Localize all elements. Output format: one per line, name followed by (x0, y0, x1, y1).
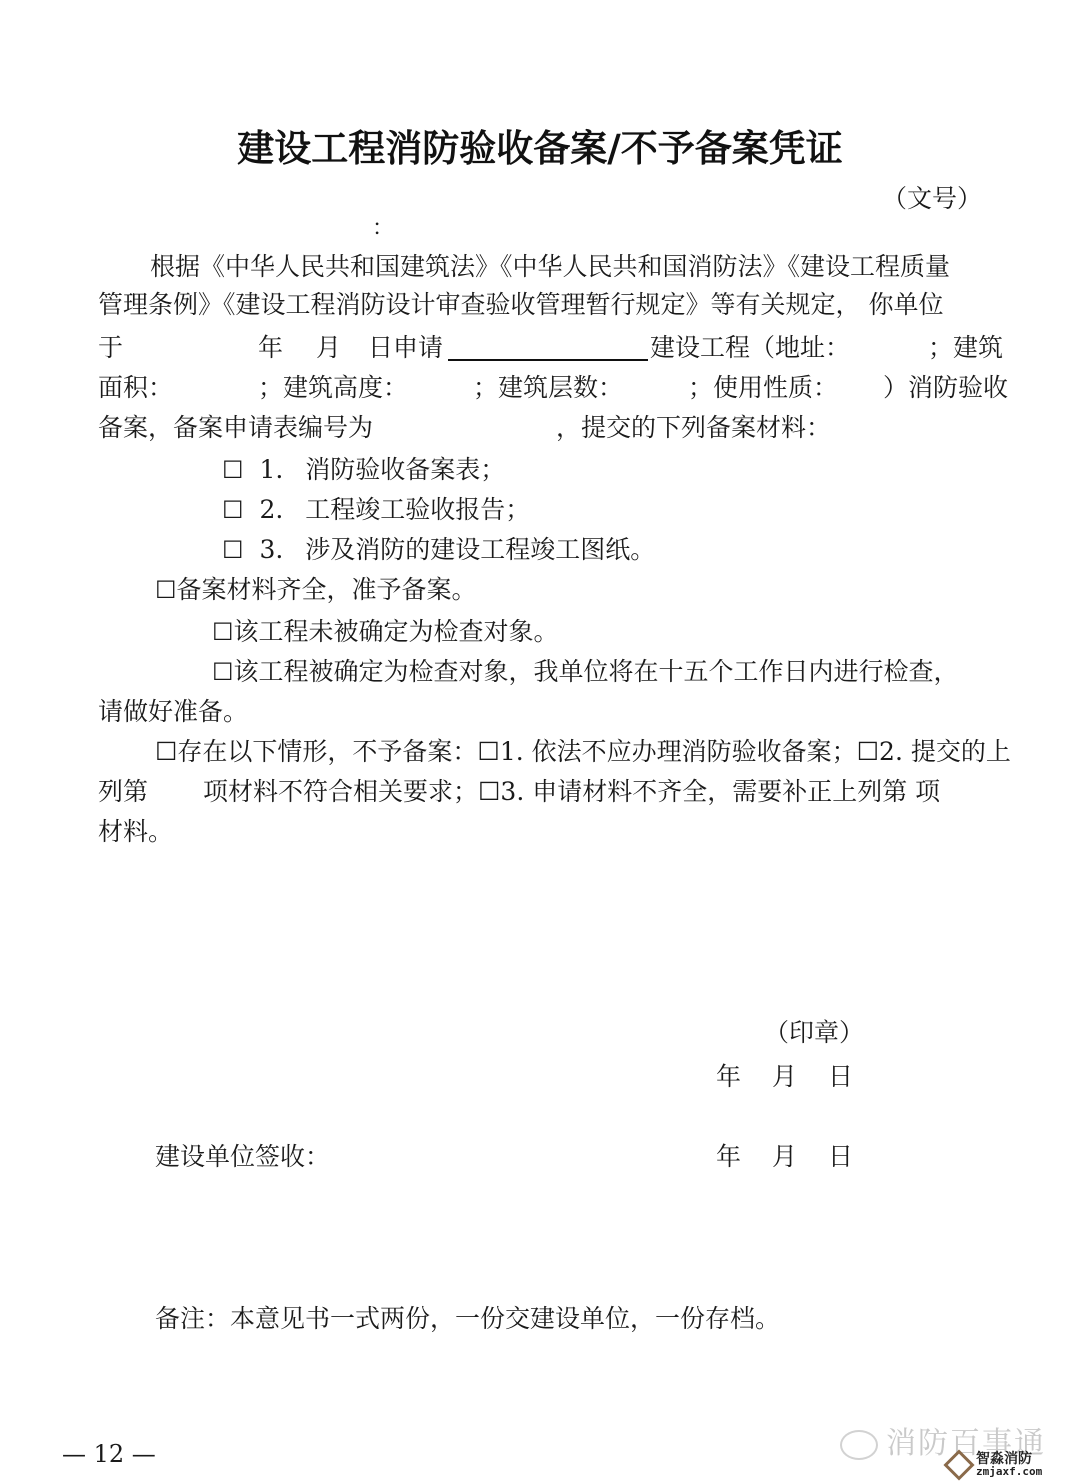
inspection-label: 该工程被确定为检查对象，我单位将在十五个工作日内进行检查， (234, 657, 959, 686)
page-number: — 12 — (62, 1440, 156, 1468)
approve-option: ☐备案材料齐全，准予备案。 (155, 575, 477, 605)
seal-year: 年 (716, 1062, 741, 1092)
checkbox-icon[interactable]: ☐ (222, 536, 244, 564)
material-number: 2. (259, 495, 283, 524)
logo-diamond-icon (943, 1449, 974, 1480)
receipt-year: 年 (716, 1142, 741, 1172)
acceptance-tail: ）消防验收 (883, 373, 1008, 403)
month-text: 月 (316, 333, 341, 363)
checkbox-icon[interactable]: ☐ (222, 496, 244, 524)
material-item-2: ☐ 2. 工程竣工验收报告； (222, 495, 530, 525)
document-title: 建设工程消防验收备案/不予备案凭证 (0, 118, 1080, 172)
paragraph-line-4: 面积： ；建筑高度： ；建筑层数： ；使用性质： ）消防验收 (98, 373, 1008, 403)
note-text: 备注：本意见书一式两份，一份交建设单位，一份存档。 (155, 1304, 780, 1334)
use-label: ；使用性质： (688, 373, 838, 403)
material-item-1: ☐ 1. 消防验收备案表； (222, 455, 505, 485)
building-text: ；建筑 (928, 333, 1003, 363)
form-number-label: 备案，备案申请表编号为 (98, 413, 373, 442)
material-item-3: ☐ 3. 涉及消防的建设工程竣工图纸。 (222, 535, 655, 565)
checkbox-icon[interactable]: ☐ (212, 618, 234, 646)
receipt-day: 日 (828, 1142, 853, 1172)
paragraph-line-3: 于 年 月 日申请 建设工程（地址： ；建筑 (98, 333, 1008, 363)
reject-item-prefix: 列第 (98, 777, 148, 806)
paragraph-line-1: 根据《中华人民共和国建筑法》《中华人民共和国消防法》《建设工程质量 (150, 252, 950, 282)
day-apply-text: 日申请 (368, 333, 443, 363)
project-address-text: 建设工程（地址： (650, 333, 850, 363)
project-name-blank[interactable] (448, 337, 648, 361)
material-label: 消防验收备案表； (305, 455, 505, 484)
seal-day: 日 (828, 1062, 853, 1092)
logo-url-text: zmjaxf.com (976, 1465, 1042, 1478)
doc-number-label: （文号） (882, 184, 982, 214)
height-label: ；建筑高度： (258, 373, 408, 403)
checkbox-icon[interactable]: ☐ (222, 456, 244, 484)
brand-logo: 智淼消防 zmjaxf.com (948, 1448, 1058, 1480)
wechat-bubble-icon (840, 1430, 878, 1460)
yu-text: 于 (98, 333, 123, 362)
material-label: 工程竣工验收报告； (305, 495, 530, 524)
material-label: 涉及消防的建设工程竣工图纸。 (305, 535, 655, 564)
reject-option-line-1: ☐存在以下情形，不予备案：☐1. 依法不应办理消防验收备案；☐2. 提交的上 (155, 737, 1011, 767)
reject-item-text: 项材料不符合相关要求；☐3. 申请材料不齐全，需要补正上列第 项 (203, 777, 940, 807)
inspection-label: 该工程未被确定为检查对象。 (234, 617, 559, 646)
area-label: 面积： (98, 373, 173, 402)
seal-label: （印章） (764, 1018, 864, 1048)
inspection-option-1: ☐该工程未被确定为检查对象。 (212, 617, 559, 647)
reject-option-line-3: 材料。 (98, 817, 173, 847)
receipt-month: 月 (772, 1142, 797, 1172)
inspection-continuation: 请做好准备。 (98, 697, 248, 727)
addressee-colon: ： (372, 214, 394, 244)
year-text: 年 (258, 333, 283, 363)
checkbox-icon[interactable]: ☐ (212, 658, 234, 686)
seal-month: 月 (772, 1062, 797, 1092)
inspection-option-2: ☐该工程被确定为检查对象，我单位将在十五个工作日内进行检查， (212, 657, 959, 687)
materials-intro: ，提交的下列备案材料： (556, 413, 831, 443)
receipt-label: 建设单位签收： (155, 1142, 330, 1172)
floors-label: ；建筑层数： (473, 373, 623, 403)
reject-option-line-2: 列第 项材料不符合相关要求；☐3. 申请材料不齐全，需要补正上列第 项 (98, 777, 1008, 807)
checkbox-icon[interactable]: ☐ (155, 576, 177, 604)
paragraph-line-2: 管理条例》《建设工程消防设计审查验收管理暂行规定》等有关规定， 你单位 (98, 290, 943, 320)
material-number: 1. (259, 455, 283, 484)
approve-label: 备案材料齐全，准予备案。 (177, 575, 477, 604)
material-number: 3. (259, 535, 283, 564)
paragraph-line-5: 备案，备案申请表编号为 ，提交的下列备案材料： (98, 413, 1008, 443)
